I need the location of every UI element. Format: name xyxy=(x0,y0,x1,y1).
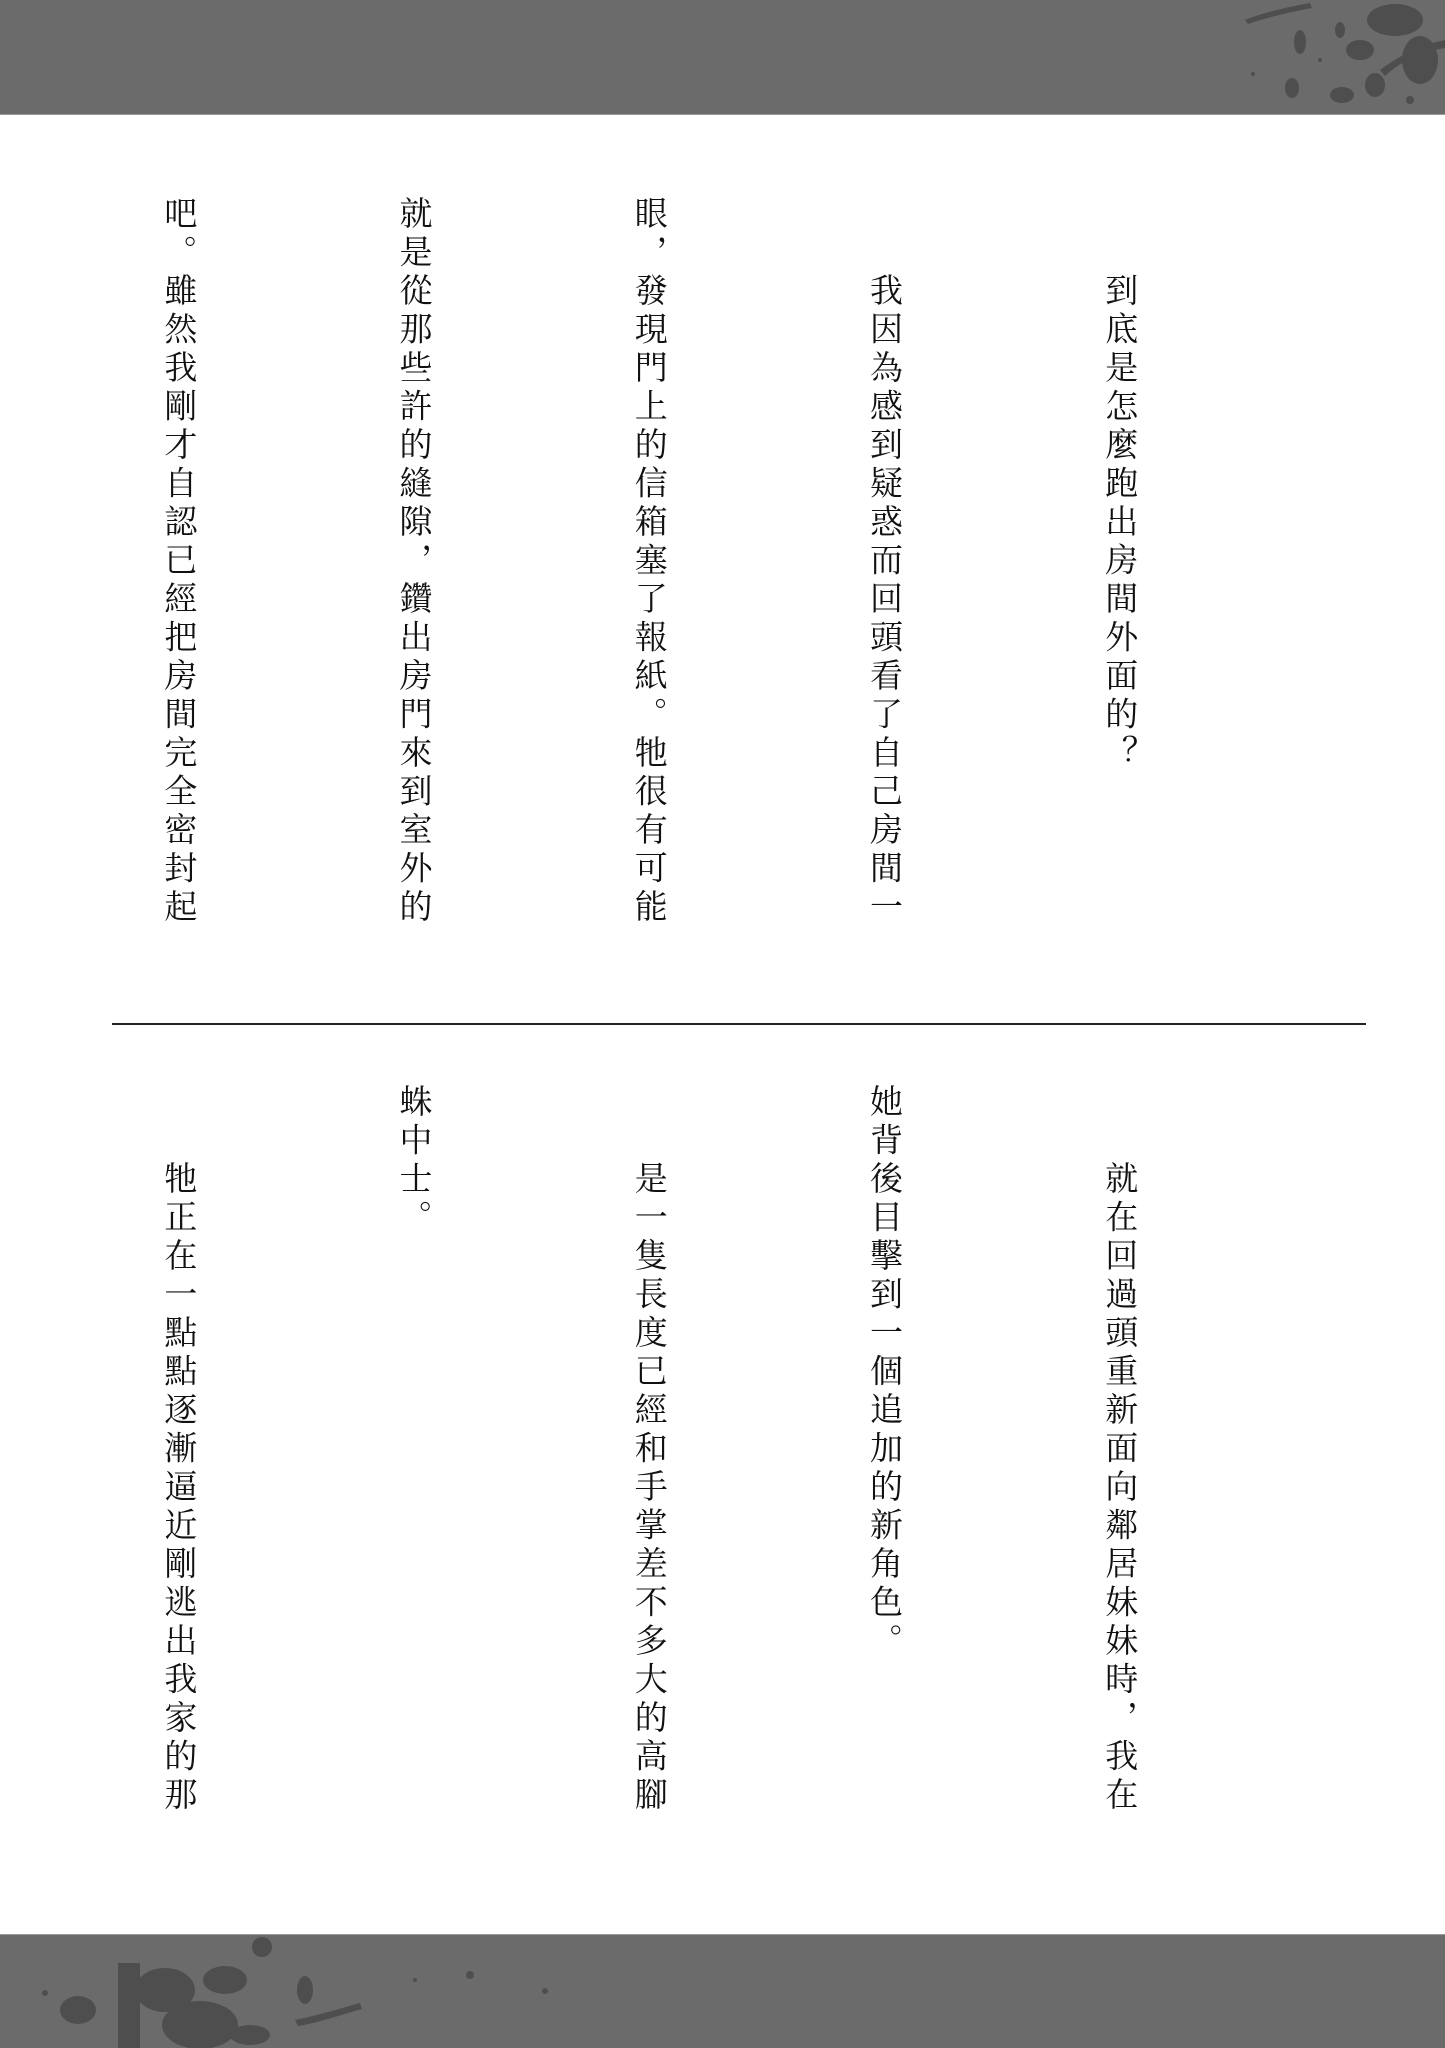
text-column: 到底是怎麼跑出房間外面的？ xyxy=(1080,196,1158,976)
upper-text-block: 到底是怎麼跑出房間外面的？ 我因為感到疑惑而回頭看了自己房間一 眼，發現門上的信… xyxy=(140,196,1315,976)
section-divider xyxy=(112,1023,1366,1025)
top-grunge-band xyxy=(0,0,1445,115)
grunge-texture-icon xyxy=(0,1935,1445,2048)
grunge-texture-icon xyxy=(0,0,1445,114)
lower-text-block: 就在回過頭重新面向鄰居妹妹時，我在 她背後目擊到一個追加的新角色。 是一隻長度已… xyxy=(140,1084,1315,1864)
text-column: 她背後目擊到一個追加的新角色。 xyxy=(845,1084,923,1864)
text-column: 牠正在一點點逐漸逼近剛逃出我家的那 xyxy=(139,1084,217,1864)
text-column: 就在回過頭重新面向鄰居妹妹時，我在 xyxy=(1080,1084,1158,1864)
text-column: 我因為感到疑惑而回頭看了自己房間一 xyxy=(845,196,923,976)
text-column: 是一隻長度已經和手掌差不多大的高腳 xyxy=(609,1084,687,1864)
text-column: 眼，發現門上的信箱塞了報紙。牠很有可能 xyxy=(609,196,687,976)
text-column: 吧。雖然我剛才自認已經把房間完全密封起 xyxy=(139,196,217,976)
text-column: 蛛中士。 xyxy=(374,1084,452,1864)
text-column: 就是從那些許的縫隙，鑽出房門來到室外的 xyxy=(374,196,452,976)
bottom-grunge-band xyxy=(0,1934,1445,2048)
